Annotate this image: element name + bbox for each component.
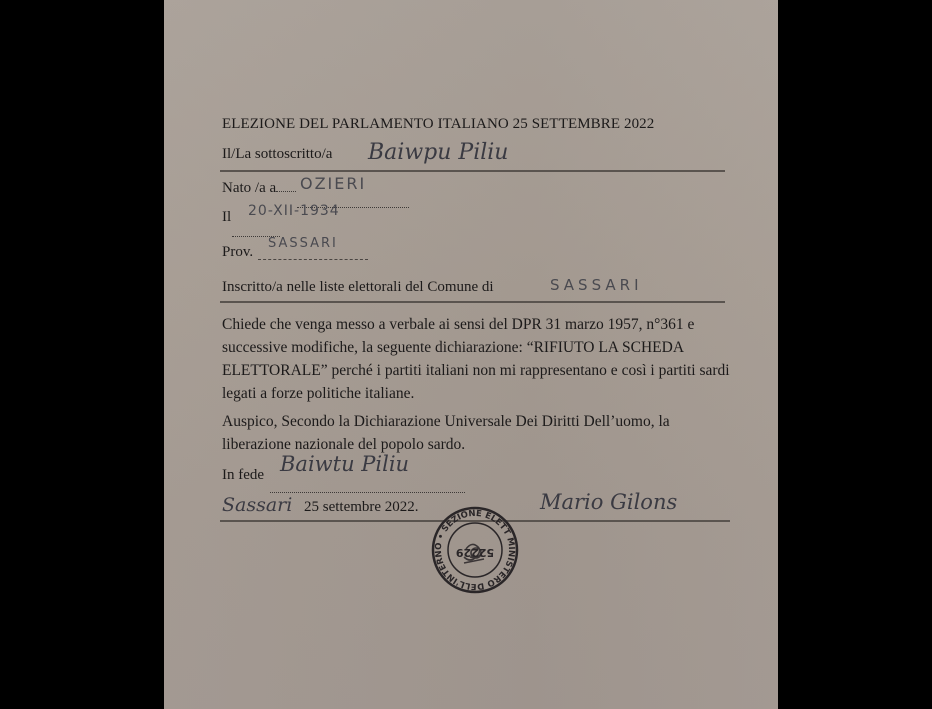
registered-underline: [220, 301, 725, 303]
born-in-label: Nato /a a: [222, 180, 296, 197]
document-title: ELEZIONE DEL PARLAMENTO ITALIANO 25 SETT…: [222, 116, 654, 133]
registered-label: Inscritto/a nelle liste elettorali del C…: [222, 279, 494, 296]
aspiration-paragraph: Auspico, Secondo la Dichiarazione Univer…: [222, 410, 732, 456]
ministry-stamp: MINISTERO DELL'INTERNO • SEZIONE ELETTOR…: [430, 505, 520, 595]
dotted-line: [276, 190, 296, 192]
signatory-handwritten-name: Baiwpu Piliu: [368, 140, 508, 165]
in-fede-label: In fede: [222, 467, 264, 484]
official-signature: Mario Gilons: [540, 490, 677, 514]
in-fede-signature: Baiwtu Piliu: [280, 452, 409, 476]
signatory-underline: [220, 170, 725, 172]
registered-handwritten: SASSARI: [550, 276, 643, 294]
born-in-label-text: Nato /a a: [222, 180, 276, 196]
province-handwritten: SASSARI: [268, 236, 338, 251]
date-text: 25 settembre 2022.: [304, 499, 419, 516]
signatory-label: Il/La sottoscritto/a: [222, 146, 332, 163]
place-handwritten: Sassari: [222, 494, 292, 516]
born-in-handwritten: OZIERI: [300, 174, 366, 193]
stamp-seal-icon: MINISTERO DELL'INTERNO • SEZIONE ELETTOR…: [430, 505, 520, 595]
birth-date-label: Il: [222, 209, 231, 226]
province-dashed-line: [258, 259, 368, 260]
province-label: Prov.: [222, 244, 253, 261]
birth-date-handwritten: 20-XII-1934: [248, 203, 340, 219]
in-fede-dotted-line: [270, 491, 465, 493]
declaration-paragraph: Chiede che venga messo a verbale ai sens…: [222, 313, 732, 405]
